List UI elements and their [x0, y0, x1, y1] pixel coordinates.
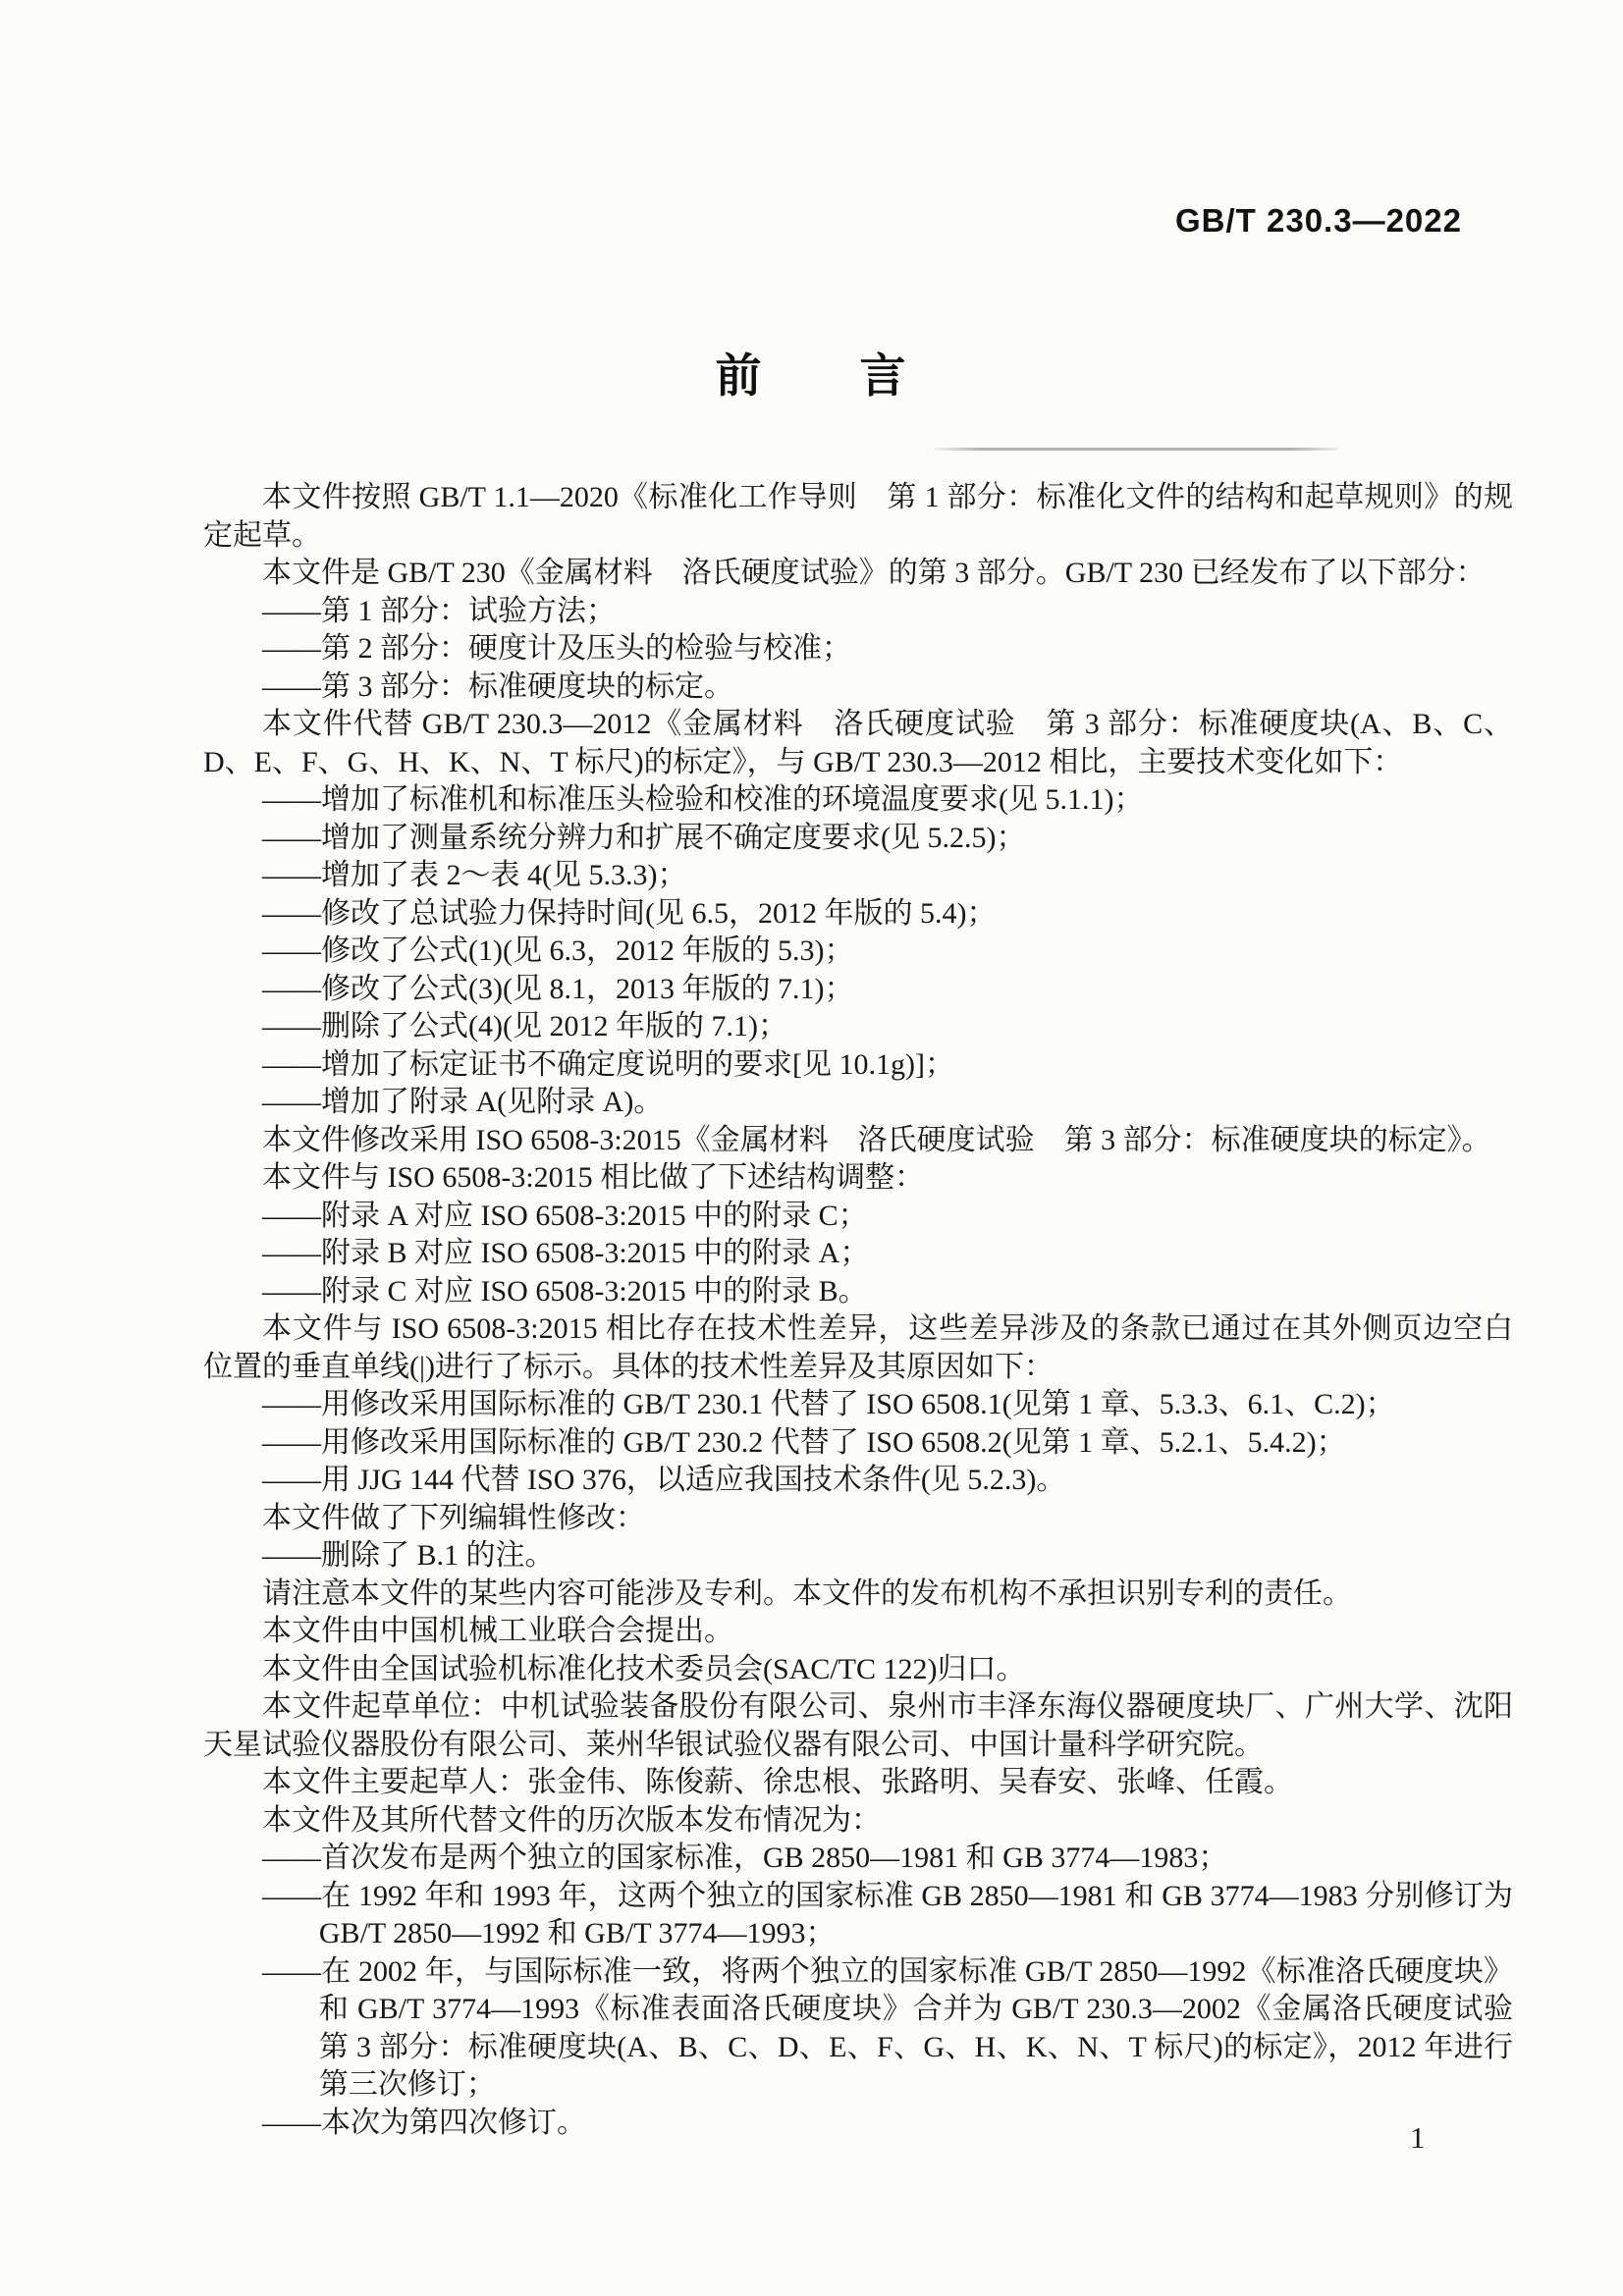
list-item-part2: ——第 2 部分：硬度计及压头的检验与校准；: [203, 630, 1513, 668]
paragraph-history-intro: 本文件及其所代替文件的历次版本发布情况为：: [203, 1802, 1513, 1841]
paragraph-drafters: 本文件主要起草人：张金伟、陈俊薪、徐忠根、张路明、吴春安、张峰、任霞。: [203, 1764, 1513, 1802]
paragraph-proposed-by: 本文件由中国机械工业联合会提出。: [203, 1613, 1513, 1651]
paragraph-iso-adoption: 本文件修改采用 ISO 6508-3:2015《金属材料 洛氏硬度试验 第 3 …: [203, 1122, 1513, 1160]
paragraph-replaces-2012: 本文件代替 GB/T 230.3—2012《金属材料 洛氏硬度试验 第 3 部分…: [203, 706, 1513, 781]
list-item-change-1: ——增加了标准机和标准压头检验和校准的环境温度要求(见 5.1.1)；: [203, 781, 1513, 820]
list-item-change-9: ——增加了附录 A(见附录 A)。: [203, 1084, 1513, 1122]
list-item-change-7: ——删除了公式(4)(见 2012 年版的 7.1)；: [203, 1008, 1513, 1046]
paragraph-centralized-by: 本文件由全国试验机标准化技术委员会(SAC/TC 122)归口。: [203, 1651, 1513, 1689]
paragraph-drafting-orgs: 本文件起草单位：中机试验装备股份有限公司、泉州市丰泽东海仪器硬度块厂、广州大学、…: [203, 1688, 1513, 1764]
list-item-part3: ——第 3 部分：标准硬度块的标定。: [203, 668, 1513, 707]
list-item-history-3: ——在 2002 年，与国际标准一致，将两个独立的国家标准 GB/T 2850—…: [203, 1953, 1513, 2105]
list-item-change-5: ——修改了公式(1)(见 6.3，2012 年版的 5.3)；: [203, 933, 1513, 971]
paragraph-drafting-rules: 本文件按照 GB/T 1.1—2020《标准化工作导则 第 1 部分：标准化文件…: [203, 479, 1513, 555]
list-item-annex-b: ——附录 B 对应 ISO 6508-3:2015 中的附录 A；: [203, 1235, 1513, 1273]
document-page: GB/T 230.3—2022 前 言 本文件按照 GB/T 1.1—2020《…: [0, 0, 1623, 2296]
paragraph-series-intro: 本文件是 GB/T 230《金属材料 洛氏硬度试验》的第 3 部分。GB/T 2…: [203, 555, 1513, 593]
paragraph-patent-notice: 请注意本文件的某些内容可能涉及专利。本文件的发布机构不承担识别专利的责任。: [203, 1575, 1513, 1614]
list-item-diff-1: ——用修改采用国际标准的 GB/T 230.1 代替了 ISO 6508.1(见…: [203, 1386, 1513, 1424]
page-number: 1: [1410, 2120, 1426, 2156]
list-item-change-2: ——增加了测量系统分辨力和扩展不确定度要求(见 5.2.5)；: [203, 820, 1513, 858]
paragraph-structure-intro: 本文件与 ISO 6508-3:2015 相比做了下述结构调整：: [203, 1159, 1513, 1198]
list-item-diff-3: ——用 JJG 144 代替 ISO 376，以适应我国技术条件(见 5.2.3…: [203, 1462, 1513, 1500]
list-item-history-2: ——在 1992 年和 1993 年，这两个独立的国家标准 GB 2850—19…: [203, 1878, 1513, 1953]
list-item-history-1: ——首次发布是两个独立的国家标准，GB 2850—1981 和 GB 3774—…: [203, 1840, 1513, 1878]
list-item-annex-a: ——附录 A 对应 ISO 6508-3:2015 中的附录 C；: [203, 1198, 1513, 1236]
foreword-body: 本文件按照 GB/T 1.1—2020《标准化工作导则 第 1 部分：标准化文件…: [203, 479, 1513, 2142]
list-item-history-4: ——本次为第四次修订。: [203, 2105, 1513, 2143]
list-item-change-6: ——修改了公式(3)(见 8.1，2013 年版的 7.1)；: [203, 971, 1513, 1009]
list-item-editorial-1: ——删除了 B.1 的注。: [203, 1537, 1513, 1575]
list-item-change-8: ——增加了标定证书不确定度说明的要求[见 10.1g)]；: [203, 1046, 1513, 1085]
list-item-annex-c: ——附录 C 对应 ISO 6508-3:2015 中的附录 B。: [203, 1273, 1513, 1311]
list-item-part1: ——第 1 部分：试验方法；: [203, 593, 1513, 631]
foreword-title: 前 言: [0, 340, 1623, 405]
scan-line-artifact: [934, 448, 1338, 451]
paragraph-technical-diff: 本文件与 ISO 6508-3:2015 相比存在技术性差异，这些差异涉及的条款…: [203, 1310, 1513, 1386]
list-item-change-4: ——修改了总试验力保持时间(见 6.5，2012 年版的 5.4)；: [203, 895, 1513, 934]
paragraph-editorial-intro: 本文件做了下列编辑性修改：: [203, 1500, 1513, 1538]
list-item-diff-2: ——用修改采用国际标准的 GB/T 230.2 代替了 ISO 6508.2(见…: [203, 1424, 1513, 1463]
list-item-change-3: ——增加了表 2～表 4(见 5.3.3)；: [203, 857, 1513, 895]
standard-code: GB/T 230.3—2022: [1175, 202, 1462, 240]
